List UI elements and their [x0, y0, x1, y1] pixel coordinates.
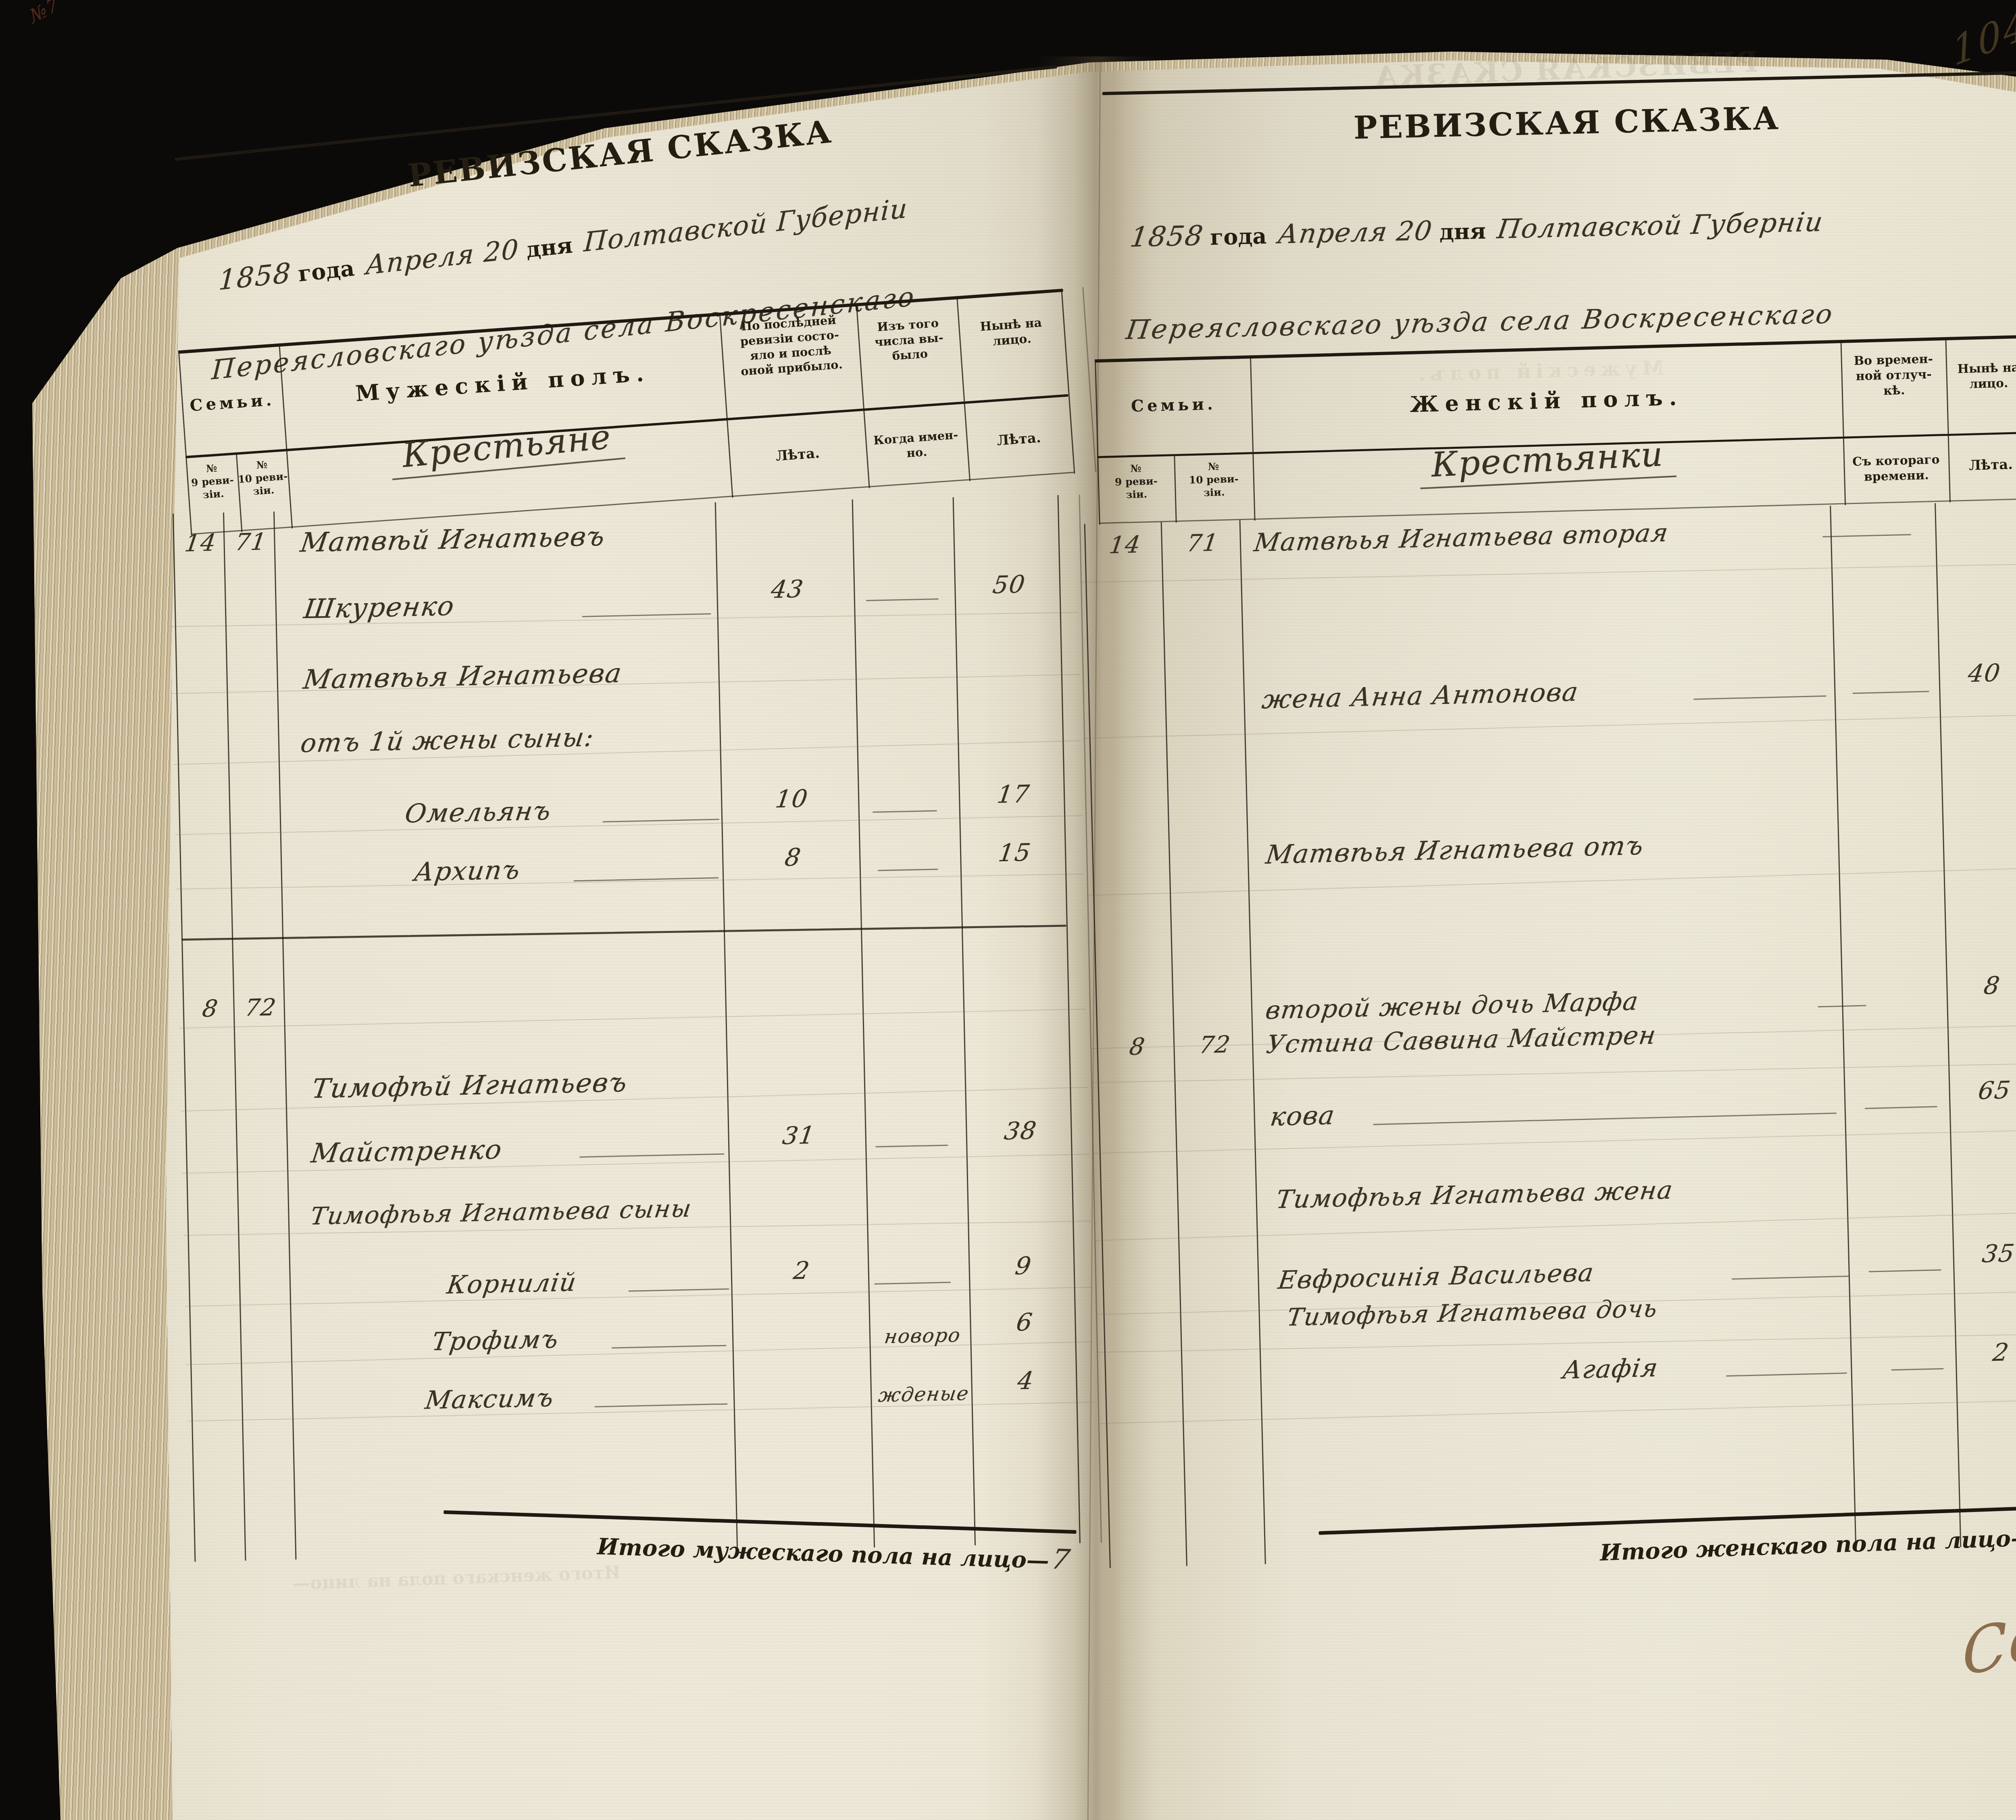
rev9-number: 8: [183, 994, 237, 1023]
filler-dash: [1822, 534, 1911, 537]
filler-dash: [1818, 1005, 1866, 1008]
table-row: 14 71 Матвѣй Игнатьевъ: [173, 511, 1085, 582]
table-row: Максимъ жденые 4: [191, 1371, 1103, 1443]
date-line: 1858 года Апреля 20 дня Полтавской Губер…: [215, 193, 907, 297]
last-revision-header: По послѣдней ревизіи состо- яло и послѣ …: [720, 311, 860, 380]
rev10-number: 71: [1162, 528, 1244, 558]
date-year-word: года: [297, 255, 356, 287]
absence-header: Во времен- ной отлуч- кѣ.: [1841, 351, 1947, 400]
filler-dash: [874, 1282, 951, 1285]
column-header-line: 9 реви-: [1098, 474, 1175, 489]
table-row: отъ 1й жены сыны:: [177, 712, 1089, 784]
column-header-line: лицо.: [1946, 375, 2016, 393]
age-now: 40: [1939, 658, 2016, 689]
when-text: жденые: [873, 1382, 975, 1407]
rev10-number: 72: [1174, 1030, 1256, 1060]
name-text: Шкуренко: [302, 590, 456, 625]
col-divider: [279, 344, 293, 529]
rev9-header: № 9 реви- зіи.: [1098, 461, 1175, 502]
page-title: РЕВИЗСКАЯ СКАЗКА: [1103, 94, 2016, 152]
age-now: 65: [1949, 1075, 2016, 1106]
name-text: второй жены дочь Марфа: [1264, 986, 1641, 1025]
filler-dash: [573, 877, 719, 882]
filler-dash: [866, 598, 939, 601]
age-last: 31: [728, 1120, 869, 1151]
location-line: Переясловскаго уѣзда села Воскресенскаго: [1124, 298, 1836, 346]
table-row: кова 65: [1098, 1083, 2016, 1159]
column-header-line: №: [1174, 459, 1253, 474]
column-header-line: зіи.: [1098, 487, 1175, 502]
table-row: Матвѣья Игнатьева: [176, 648, 1088, 719]
right-table-body: 14 71 Матвѣья Игнатьева вторая жена Анна…: [1084, 500, 2016, 1568]
filler-dash: [873, 810, 937, 812]
filler-dash: [582, 613, 711, 617]
present-header: Нынѣ на лицо.: [958, 314, 1065, 352]
age-now: 50: [955, 570, 1064, 600]
name-text: Тимофѣй Игнатьевъ: [310, 1067, 629, 1105]
name-text: Архипъ: [412, 855, 523, 887]
family-divider-rule: [181, 925, 1066, 940]
table-row: Архипъ 8 15: [180, 843, 1092, 914]
column-header-line: времени.: [1844, 467, 1949, 485]
column-header-line: Съ котораго: [1843, 452, 1949, 470]
filler-dash: [579, 1154, 725, 1158]
filler-dash: [1726, 1372, 1847, 1376]
filler-dash: [602, 819, 719, 823]
table-row: 8 72: [183, 976, 1095, 1047]
rev9-number: 8: [1097, 1032, 1177, 1061]
right-page-header: РЕВИЗСКАЯ СКАЗКА РЕВИЗСКАЯ СКАЗКА 1858 г…: [1102, 42, 2016, 353]
last-revision-sub-header: Лѣта.: [729, 442, 866, 468]
table-row: Омельянъ 10 17: [179, 785, 1091, 856]
age-now: 15: [960, 838, 1069, 868]
family-group-header: Семьи.: [181, 390, 283, 416]
table-row: жена Анна Антонова 40: [1088, 666, 2016, 741]
age-now: 8: [1947, 970, 2016, 1001]
right-table-header: Мужескій полъ. Семьи. Женскій полъ. Во в…: [1095, 334, 2016, 525]
rev10-header: № 10 реви- зіи.: [1174, 459, 1254, 500]
filler-dash: [1732, 1276, 1849, 1280]
date-year-word: года: [1210, 223, 1267, 250]
present-sub-header: Лѣта.: [966, 427, 1072, 451]
age-last: 10: [721, 783, 862, 814]
age-now: 17: [959, 779, 1068, 810]
filler-dash: [1373, 1112, 1837, 1125]
filler-dash: [1891, 1368, 1944, 1370]
table-row: Тимофѣья Игнатьева жена: [1100, 1166, 2016, 1241]
date-region: Полтавской Губерніи: [1495, 206, 1825, 245]
filler-dash: [1869, 1269, 1941, 1272]
column-header-line: №: [1098, 461, 1175, 476]
section-title-text: Крестьяне: [388, 416, 625, 480]
sex-column-header: Мужескій полъ.: [281, 355, 724, 411]
age-now: 4: [971, 1366, 1080, 1396]
page-title: РЕВИЗСКАЯ СКАЗКА: [177, 89, 1063, 218]
date-day-word: дня: [1439, 218, 1486, 245]
absence-sub-header: Съ котораго времени.: [1843, 452, 1949, 485]
column-header-line: кѣ.: [1841, 382, 1947, 400]
departed-sub-header: Когда имен- но.: [865, 427, 968, 464]
age-now: 6: [970, 1307, 1079, 1338]
column-header-line: 10 реви-: [1175, 472, 1254, 487]
filler-dash: [1865, 1106, 1937, 1109]
family-group-header: Семьи.: [1096, 394, 1252, 416]
rev10-number: 71: [224, 527, 278, 556]
section-title: Крестьянки: [1252, 435, 1844, 494]
date-day-word: дня: [525, 232, 574, 263]
date-year: 1858: [1128, 220, 1206, 253]
name-text: Корнилій: [445, 1267, 579, 1299]
present-header: Нынѣ на лицо.: [1946, 360, 2016, 393]
rev9-header: № 9 реви- зіи.: [186, 460, 239, 502]
date-day: Апреля 20: [1276, 215, 1435, 250]
name-text: Евфросинія Васильева: [1277, 1258, 1596, 1295]
filler-dash: [612, 1345, 727, 1349]
filler-dash: [1853, 691, 1929, 694]
age-last: 2: [731, 1255, 872, 1286]
table-row: Тимофѣья Игнатьева сыны: [187, 1186, 1099, 1257]
corner-mark: №7: [27, 0, 61, 28]
age-now: 2: [1956, 1337, 2016, 1368]
section-title-text: Крестьянки: [1418, 433, 1677, 489]
column-header-line: зіи.: [1175, 485, 1254, 500]
present-sub-header: Лѣта.: [1948, 456, 2016, 474]
name-text: кова: [1268, 1101, 1337, 1132]
table-row: Шкуренко 43 50: [174, 577, 1086, 649]
age-last: 43: [717, 574, 858, 605]
filler-dash: [595, 1404, 728, 1408]
column-header-line: Нынѣ на: [1946, 360, 2016, 377]
name-text: отъ 1й жены сыны:: [299, 723, 596, 758]
table-border-right: [1061, 289, 1075, 474]
name-text: Матвѣья Игнатьева: [302, 658, 624, 696]
name-text: Матвѣья Игнатьева вторая: [1252, 518, 1670, 557]
date-line: 1858 года Апреля 20 дня Полтавской Губер…: [1127, 206, 1821, 254]
name-text: Омельянъ: [403, 796, 553, 829]
departed-header: Изъ того числа вы- было: [857, 314, 961, 366]
filler-dash: [1693, 696, 1826, 700]
name-text: жена Анна Антонова: [1260, 677, 1580, 715]
date-day: Апреля 20: [365, 233, 520, 281]
table-row: Майстренко 31 38: [186, 1121, 1098, 1193]
rev9-number: 14: [173, 529, 227, 557]
age-now: 9: [969, 1251, 1078, 1281]
column-header-line: ной отлуч-: [1841, 366, 1946, 385]
name-text: Агафія: [1561, 1353, 1660, 1385]
rev9-number: 14: [1085, 530, 1165, 560]
filler-dash: [875, 1145, 948, 1147]
age-last: 8: [723, 842, 864, 873]
table-row: Матвѣья Игнатьева отъ: [1092, 821, 2016, 897]
rev10-number: 72: [233, 993, 287, 1022]
filler-dash: [629, 1288, 729, 1291]
rev10-header: № 10 реви- зіи.: [236, 457, 289, 499]
table-row: Тимофѣй Игнатьевъ: [184, 1057, 1096, 1128]
name-text: Максимъ: [423, 1383, 556, 1415]
age-now: 38: [966, 1116, 1075, 1146]
name-text: Майстренко: [309, 1134, 504, 1169]
filler-dash: [878, 868, 938, 871]
name-text: Матвѣй Игнатьевъ: [298, 521, 607, 558]
name-text: Тимофѣья Игнатьева жена: [1275, 1175, 1675, 1214]
date-region: Полтавской Губерніи: [583, 193, 909, 258]
section-title: Крестьяне: [286, 413, 729, 487]
name-text: Трофимъ: [430, 1324, 561, 1356]
left-table-body: 14 71 Матвѣй Игнатьевъ Шкуренко 43 50 Ма…: [173, 495, 1106, 1562]
date-year: 1858: [218, 257, 292, 297]
when-text: новоро: [872, 1324, 974, 1348]
name-text: Тимофѣья Игнатьева сыны: [308, 1194, 694, 1231]
age-now: 35: [1954, 1239, 2016, 1269]
name-text: Матвѣья Игнатьева отъ: [1264, 831, 1646, 870]
